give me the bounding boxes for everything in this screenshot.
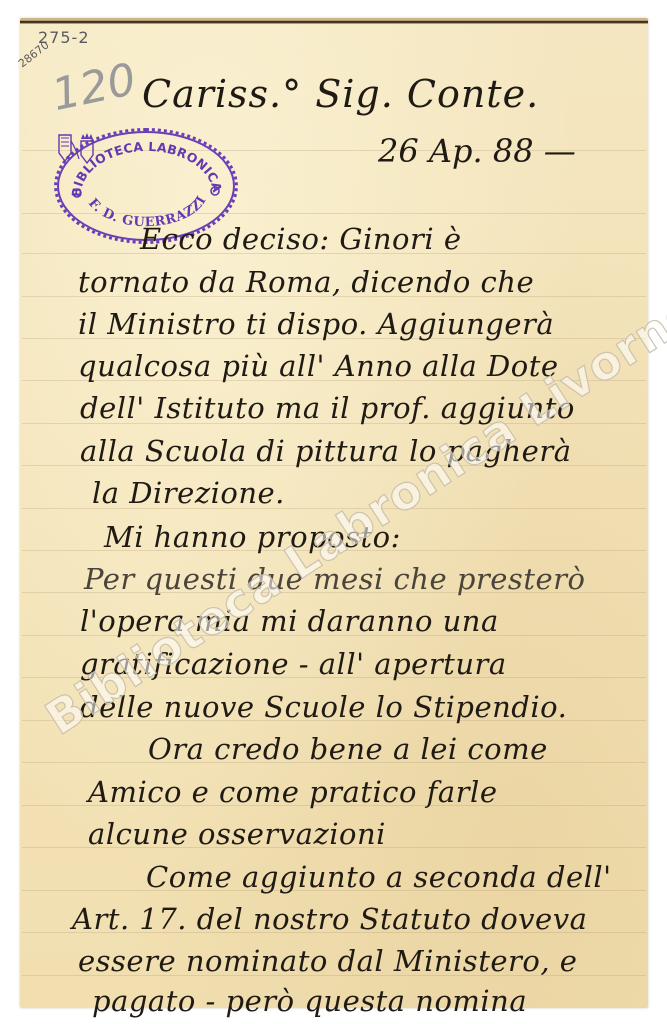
letter-line: Ora credo bene a lei come bbox=[148, 732, 548, 766]
letter-line: delle nuove Scuole lo Stipendio. bbox=[80, 690, 567, 724]
letter-line: l'opera mia mi daranno una bbox=[80, 604, 499, 638]
letter-salutation: Cariss.° Sig. Conte. bbox=[142, 72, 539, 116]
letter-line: Come aggiunto a seconda dell' bbox=[146, 860, 612, 894]
letter-line: Per questi due mesi che presterò bbox=[84, 562, 585, 596]
letter-line: la Direzione. bbox=[92, 476, 285, 510]
letter-line: dell' Istituto ma il prof. aggiunto bbox=[80, 391, 575, 425]
paper-top-edge bbox=[20, 18, 648, 24]
letter-line: il Ministro ti dispo. Aggiungerà bbox=[78, 307, 554, 341]
letter-line: alla Scuola di pittura lo pagherà bbox=[80, 434, 572, 468]
letter-line: gratificazione - all' apertura bbox=[80, 647, 507, 681]
letter-line: alcune osservazioni bbox=[88, 817, 386, 851]
letter-line: essere nominato dal Ministero, e bbox=[78, 944, 577, 978]
coat-of-arms-icon bbox=[57, 131, 95, 165]
letter-date: 26 Ap. 88 — bbox=[378, 132, 576, 170]
letter-line: qualcosa più all' Anno alla Dote bbox=[78, 349, 559, 383]
letter-line: Amico e come pratico farle bbox=[88, 775, 497, 809]
letter-line: Art. 17. del nostro Statuto doveva bbox=[72, 902, 587, 936]
letter-line: Mi hanno proposto: bbox=[104, 520, 401, 554]
letter-line: tornato da Roma, dicendo che bbox=[78, 265, 534, 299]
letter-line: pagato - però questa nomina bbox=[92, 984, 527, 1018]
letter-line: Ecco deciso: Ginori è bbox=[140, 222, 462, 256]
